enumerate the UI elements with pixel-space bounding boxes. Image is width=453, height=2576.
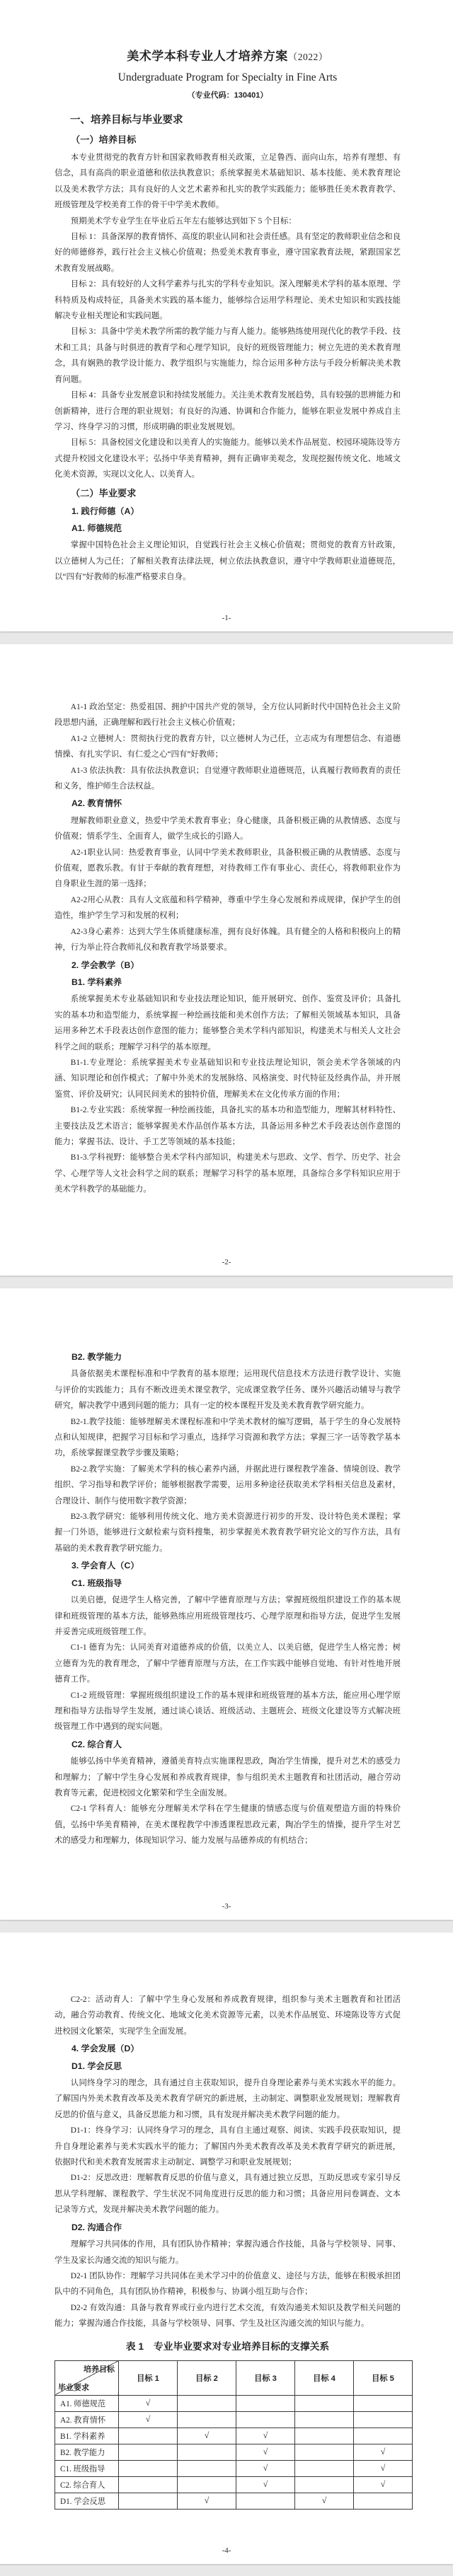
check-mark: √: [236, 2444, 295, 2460]
page-2: A1-1 政治坚定：热爱祖国、拥护中国共产党的领导，全方位认同新时代中国特色社会…: [0, 644, 453, 1276]
table-row: A2. 教育情怀√: [55, 2411, 413, 2428]
empty-cell: [178, 2460, 236, 2476]
matrix-body: A1. 师德规范√A2. 教育情怀√B1. 学科素养√√B2. 教学能力√√C1…: [55, 2395, 413, 2509]
matrix-goal-header: 目标 5: [354, 2360, 413, 2395]
check-mark: √: [295, 2493, 354, 2509]
matrix-goal-header: 目标 1: [119, 2360, 178, 2395]
matrix-row-label: B1. 学科素养: [55, 2428, 119, 2444]
empty-cell: [178, 2476, 236, 2493]
check-mark: √: [236, 2460, 295, 2476]
matrix-goal-header: 目标 4: [295, 2360, 354, 2395]
matrix-header: 培养目标毕业要求目标 1目标 2目标 3目标 4目标 5: [55, 2360, 413, 2395]
empty-cell: [354, 2493, 413, 2509]
empty-cell: [119, 2444, 178, 2460]
table-row: B2. 教学能力√√: [55, 2444, 413, 2460]
matrix-goal-header: 目标 2: [178, 2360, 236, 2395]
empty-cell: [119, 2428, 178, 2444]
paragraph: B2-2.教学实施：了解美术学科的核心素养内涵，并据此进行课程教学准备、情境创设…: [55, 1462, 401, 1509]
empty-cell: [354, 2395, 413, 2411]
table-row: C2. 综合育人√√: [55, 2476, 413, 2493]
clause-heading: D2. 沟通合作: [55, 2220, 401, 2235]
paragraph: A2-3身心素养：达到大学生体质健康标准，拥有良好体魄。具有健全的人格和积极向上…: [55, 924, 401, 956]
page-3-body: B2. 教学能力具备依据美术课程标准和中学教育的基本原理；运用现代信息技术方法进…: [55, 1349, 401, 1849]
paragraph: 掌握中国特色社会主义理论知识，自觉践行社会主义核心价值观；贯彻党的教育方针政策，…: [55, 537, 401, 585]
paragraph: 目标 2：具有较好的人文科学素养与扎实的学科专业知识。深入理解美术学科的基本原理…: [55, 276, 401, 324]
matrix-row-label: A1. 师德规范: [55, 2395, 119, 2411]
paragraph: B1-1.专业理论：系统掌握美术专业基础知识和专业技法理论知识，领会美术学各领域…: [55, 1055, 401, 1102]
paragraph: 预期美术学专业学生在毕业后五年左右能够达到如下 5 个目标：: [55, 214, 401, 229]
paragraph: 目标 1：具备深厚的教育情怀、高度的职业认同和社会责任感。具有坚定的教师职业信念…: [55, 229, 401, 276]
table-row: D1. 学会反思√√: [55, 2493, 413, 2509]
empty-cell: [295, 2411, 354, 2428]
paragraph: 以美启德，促进学生人格完善，了解中学德育原理与方法；掌握班级组织建设工作的基本规…: [55, 1592, 401, 1640]
empty-cell: [295, 2395, 354, 2411]
page-number: -1-: [0, 614, 453, 622]
empty-cell: [354, 2411, 413, 2428]
paragraph: D1-1：终身学习：认同终身学习的理念，具有自主通过观察、阅读、实践手段获取知识…: [55, 2123, 401, 2170]
paragraph: C2-1 学科育人：能够充分理解美术学科在学生健康的情感态度与价值观塑造方面的特…: [55, 1801, 401, 1848]
empty-cell: [178, 2444, 236, 2460]
matrix-row-label: D1. 学会反思: [55, 2493, 119, 2509]
paragraph: D2-1 团队协作：理解学习共同体在美术学习中的价值意义、途径与方法，能够在积极…: [55, 2268, 401, 2300]
matrix-row-label: C1. 班级指导: [55, 2460, 119, 2476]
clause-heading: A1. 师德规范: [55, 520, 401, 536]
page-number: -3-: [0, 1902, 453, 1911]
empty-cell: [236, 2395, 295, 2411]
paragraph: 目标 3：具备中学美术教学所需的教学能力与育人能力。能够熟练使用现代化的教学手段…: [55, 324, 401, 387]
major-code-line: （专业代码：130401）: [55, 89, 401, 102]
paragraph: D2-2 有效沟通：具备与教育界或行业内进行艺术交流，有效沟通美术知识及教学相关…: [55, 2300, 401, 2332]
check-mark: √: [178, 2428, 236, 2444]
section-heading: 一、培养目标与毕业要求: [55, 112, 401, 129]
empty-cell: [354, 2428, 413, 2444]
page-4-body: C2-2：活动育人：了解中学生身心发展和养成教育规律，组织参与美术主题教育和社团…: [55, 1992, 401, 2510]
matrix-goal-header: 目标 3: [236, 2360, 295, 2395]
subsection-heading: （二）毕业要求: [55, 485, 401, 501]
doc-title-main: 美术学本科专业人才培养方案: [127, 49, 288, 63]
paragraph: D1-2：反思改进：理解教育反思的价值与意义，具有通过独立反思，互助反思或专家引…: [55, 2170, 401, 2217]
check-mark: √: [354, 2444, 413, 2460]
paragraph: 理解学习共同体的作用，具有团队协作精神；掌握沟通合作技能，具备与学校领导、同事、…: [55, 2237, 401, 2268]
paragraph: B1-3.学科视野：能够整合美术学科内部知识，构建美术与思政、文学、哲学、历史学…: [55, 1150, 401, 1197]
clause-heading: A2. 教育情怀: [55, 795, 401, 811]
check-mark: √: [178, 2493, 236, 2509]
check-mark: √: [236, 2476, 295, 2493]
check-mark: √: [119, 2395, 178, 2411]
clause-heading: 4. 学会发展（D）: [55, 2041, 401, 2056]
clause-heading: B2. 教学能力: [55, 1349, 401, 1365]
page-2-body: A1-1 政治坚定：热爱祖国、拥护中国共产党的领导，全方位认同新时代中国特色社会…: [55, 699, 401, 1198]
support-matrix-table: 培养目标毕业要求目标 1目标 2目标 3目标 4目标 5A1. 师德规范√A2.…: [55, 2360, 413, 2510]
matrix-diagonal-top-label: 培养目标: [55, 2361, 118, 2374]
matrix-row-label: A2. 教育情怀: [55, 2411, 119, 2428]
matrix-diagonal-cell: 培养目标毕业要求: [55, 2360, 119, 2395]
empty-cell: [119, 2493, 178, 2509]
matrix-header-row: 培养目标毕业要求目标 1目标 2目标 3目标 4目标 5: [55, 2360, 413, 2395]
paragraph: B2-3.教学研究：能够利用传统文化、地方美术资源进行初步的开发、设计特色美术课…: [55, 1509, 401, 1556]
table-row: A1. 师德规范√: [55, 2395, 413, 2411]
paragraph: 理解教师职业意义，热爱中学美术教育事业；身心健康，具备积极正确的从教情感、态度与…: [55, 813, 401, 845]
empty-cell: [295, 2444, 354, 2460]
matrix-diagonal-bottom-label: 毕业要求: [55, 2374, 118, 2394]
check-mark: √: [354, 2460, 413, 2476]
page-3: B2. 教学能力具备依据美术课程标准和中学教育的基本原理；运用现代信息技术方法进…: [0, 1288, 453, 1920]
page-number: -2-: [0, 1258, 453, 1266]
paragraph: 系统掌握美术专业基础知识和专业技法理论知识，能开展研究、创作、鉴赏及评价；具备扎…: [55, 991, 401, 1055]
empty-cell: [178, 2395, 236, 2411]
paragraph: C2-2：活动育人：了解中学生身心发展和养成教育规律，组织参与美术主题教育和社团…: [55, 1992, 401, 2039]
matrix-row-label: B2. 教学能力: [55, 2444, 119, 2460]
document-viewer: 美术学本科专业人才培养方案（2022）Undergraduate Program…: [0, 0, 453, 2576]
paragraph: C1-2 班级管理：掌握班级组织建设工作的基本规律和班级管理的基本方法，能应用心…: [55, 1688, 401, 1735]
paragraph: 目标 5：具备校园文化建设和以美育人的实施能力。能够以美术作品展览、校园环境陈设…: [55, 435, 401, 482]
page-1-body: 美术学本科专业人才培养方案（2022）Undergraduate Program…: [55, 48, 401, 585]
paragraph: 能够弘扬中华美育精神，遵循美育特点实施课程思政，陶冶学生情操，提升对艺术的感受力…: [55, 1754, 401, 1801]
matrix-row-label: C2. 综合育人: [55, 2476, 119, 2493]
clause-heading: 2. 学会教学（B）: [55, 957, 401, 973]
check-mark: √: [354, 2476, 413, 2493]
paragraph: A1-3 依法执教：具有依法执教意识；自觉遵守教师职业道德规范，认真履行教师教育…: [55, 763, 401, 795]
paragraph: 具备依据美术课程标准和中学教育的基本原理；运用现代信息技术方法进行教学设计、实施…: [55, 1366, 401, 1414]
paragraph: 认同终身学习的理念，具有通过自主获取知识，提升自身理论素养与美术实践水平的能力。…: [55, 2075, 401, 2123]
paragraph: B2-1.教学技能：能够理解美术课程标准和中学美术教材的编写逻辑，基于学生的身心…: [55, 1414, 401, 1462]
empty-cell: [236, 2411, 295, 2428]
check-mark: √: [236, 2428, 295, 2444]
empty-cell: [295, 2476, 354, 2493]
doc-title: 美术学本科专业人才培养方案（2022）: [55, 48, 401, 66]
paragraph: C1-1 德育为先：认同美育对道德养成的价值，以美立人、以美启德，促进学生人格完…: [55, 1640, 401, 1687]
empty-cell: [295, 2428, 354, 2444]
paragraph: A1-1 政治坚定：热爱祖国、拥护中国共产党的领导，全方位认同新时代中国特色社会…: [55, 699, 401, 731]
page-4: C2-2：活动育人：了解中学生身心发展和养成教育规律，组织参与美术主题教育和社团…: [0, 1933, 453, 2564]
paragraph: B1-2.专业实践：系统掌握一种绘画技能，具备扎实的基本功和造型能力，理解其材料…: [55, 1102, 401, 1150]
paragraph: A2-2用心从教：具有人文底蕴和科学精神，尊重中学生身心发展和养成规律，保护学生…: [55, 892, 401, 924]
table-row: C1. 班级指导√√: [55, 2460, 413, 2476]
empty-cell: [236, 2493, 295, 2509]
clause-heading: C1. 班级指导: [55, 1575, 401, 1591]
clause-heading: 1. 践行师德（A）: [55, 503, 401, 519]
paragraph: 本专业贯彻党的教育方针和国家教师教育相关政策，立足鲁西、面向山东，培养有理想、有…: [55, 150, 401, 214]
page-1: 美术学本科专业人才培养方案（2022）Undergraduate Program…: [0, 0, 453, 631]
check-mark: √: [119, 2411, 178, 2428]
subsection-heading: （一）培养目标: [55, 132, 401, 148]
paragraph: A1-2 立德树人：贯彻执行党的教育方针，以立德树人为己任，立志成为有理想信念、…: [55, 731, 401, 763]
clause-heading: 3. 学会育人（C）: [55, 1558, 401, 1573]
page-number: -4-: [0, 2546, 453, 2555]
paragraph: A2-1职业认同：热爱教育事业，认同中学美术教师职业，具备积极正确的从教情感、态…: [55, 845, 401, 892]
clause-heading: D1. 学会反思: [55, 2058, 401, 2074]
doc-title-year: （2022）: [288, 52, 328, 62]
empty-cell: [119, 2476, 178, 2493]
empty-cell: [295, 2460, 354, 2476]
empty-cell: [119, 2460, 178, 2476]
paragraph: 目标 4：具备专业发展意识和持续发展能力。关注美术教育发展趋势，具有较强的思辨能…: [55, 387, 401, 435]
clause-heading: C2. 综合育人: [55, 1737, 401, 1752]
clause-heading: B1. 学科素养: [55, 974, 401, 990]
doc-title-english: Undergraduate Program for Specialty in F…: [55, 69, 401, 87]
table-row: B1. 学科素养√√: [55, 2428, 413, 2444]
empty-cell: [178, 2411, 236, 2428]
table-title: 表 1 专业毕业要求对专业培养目标的支撑关系: [55, 2338, 401, 2356]
